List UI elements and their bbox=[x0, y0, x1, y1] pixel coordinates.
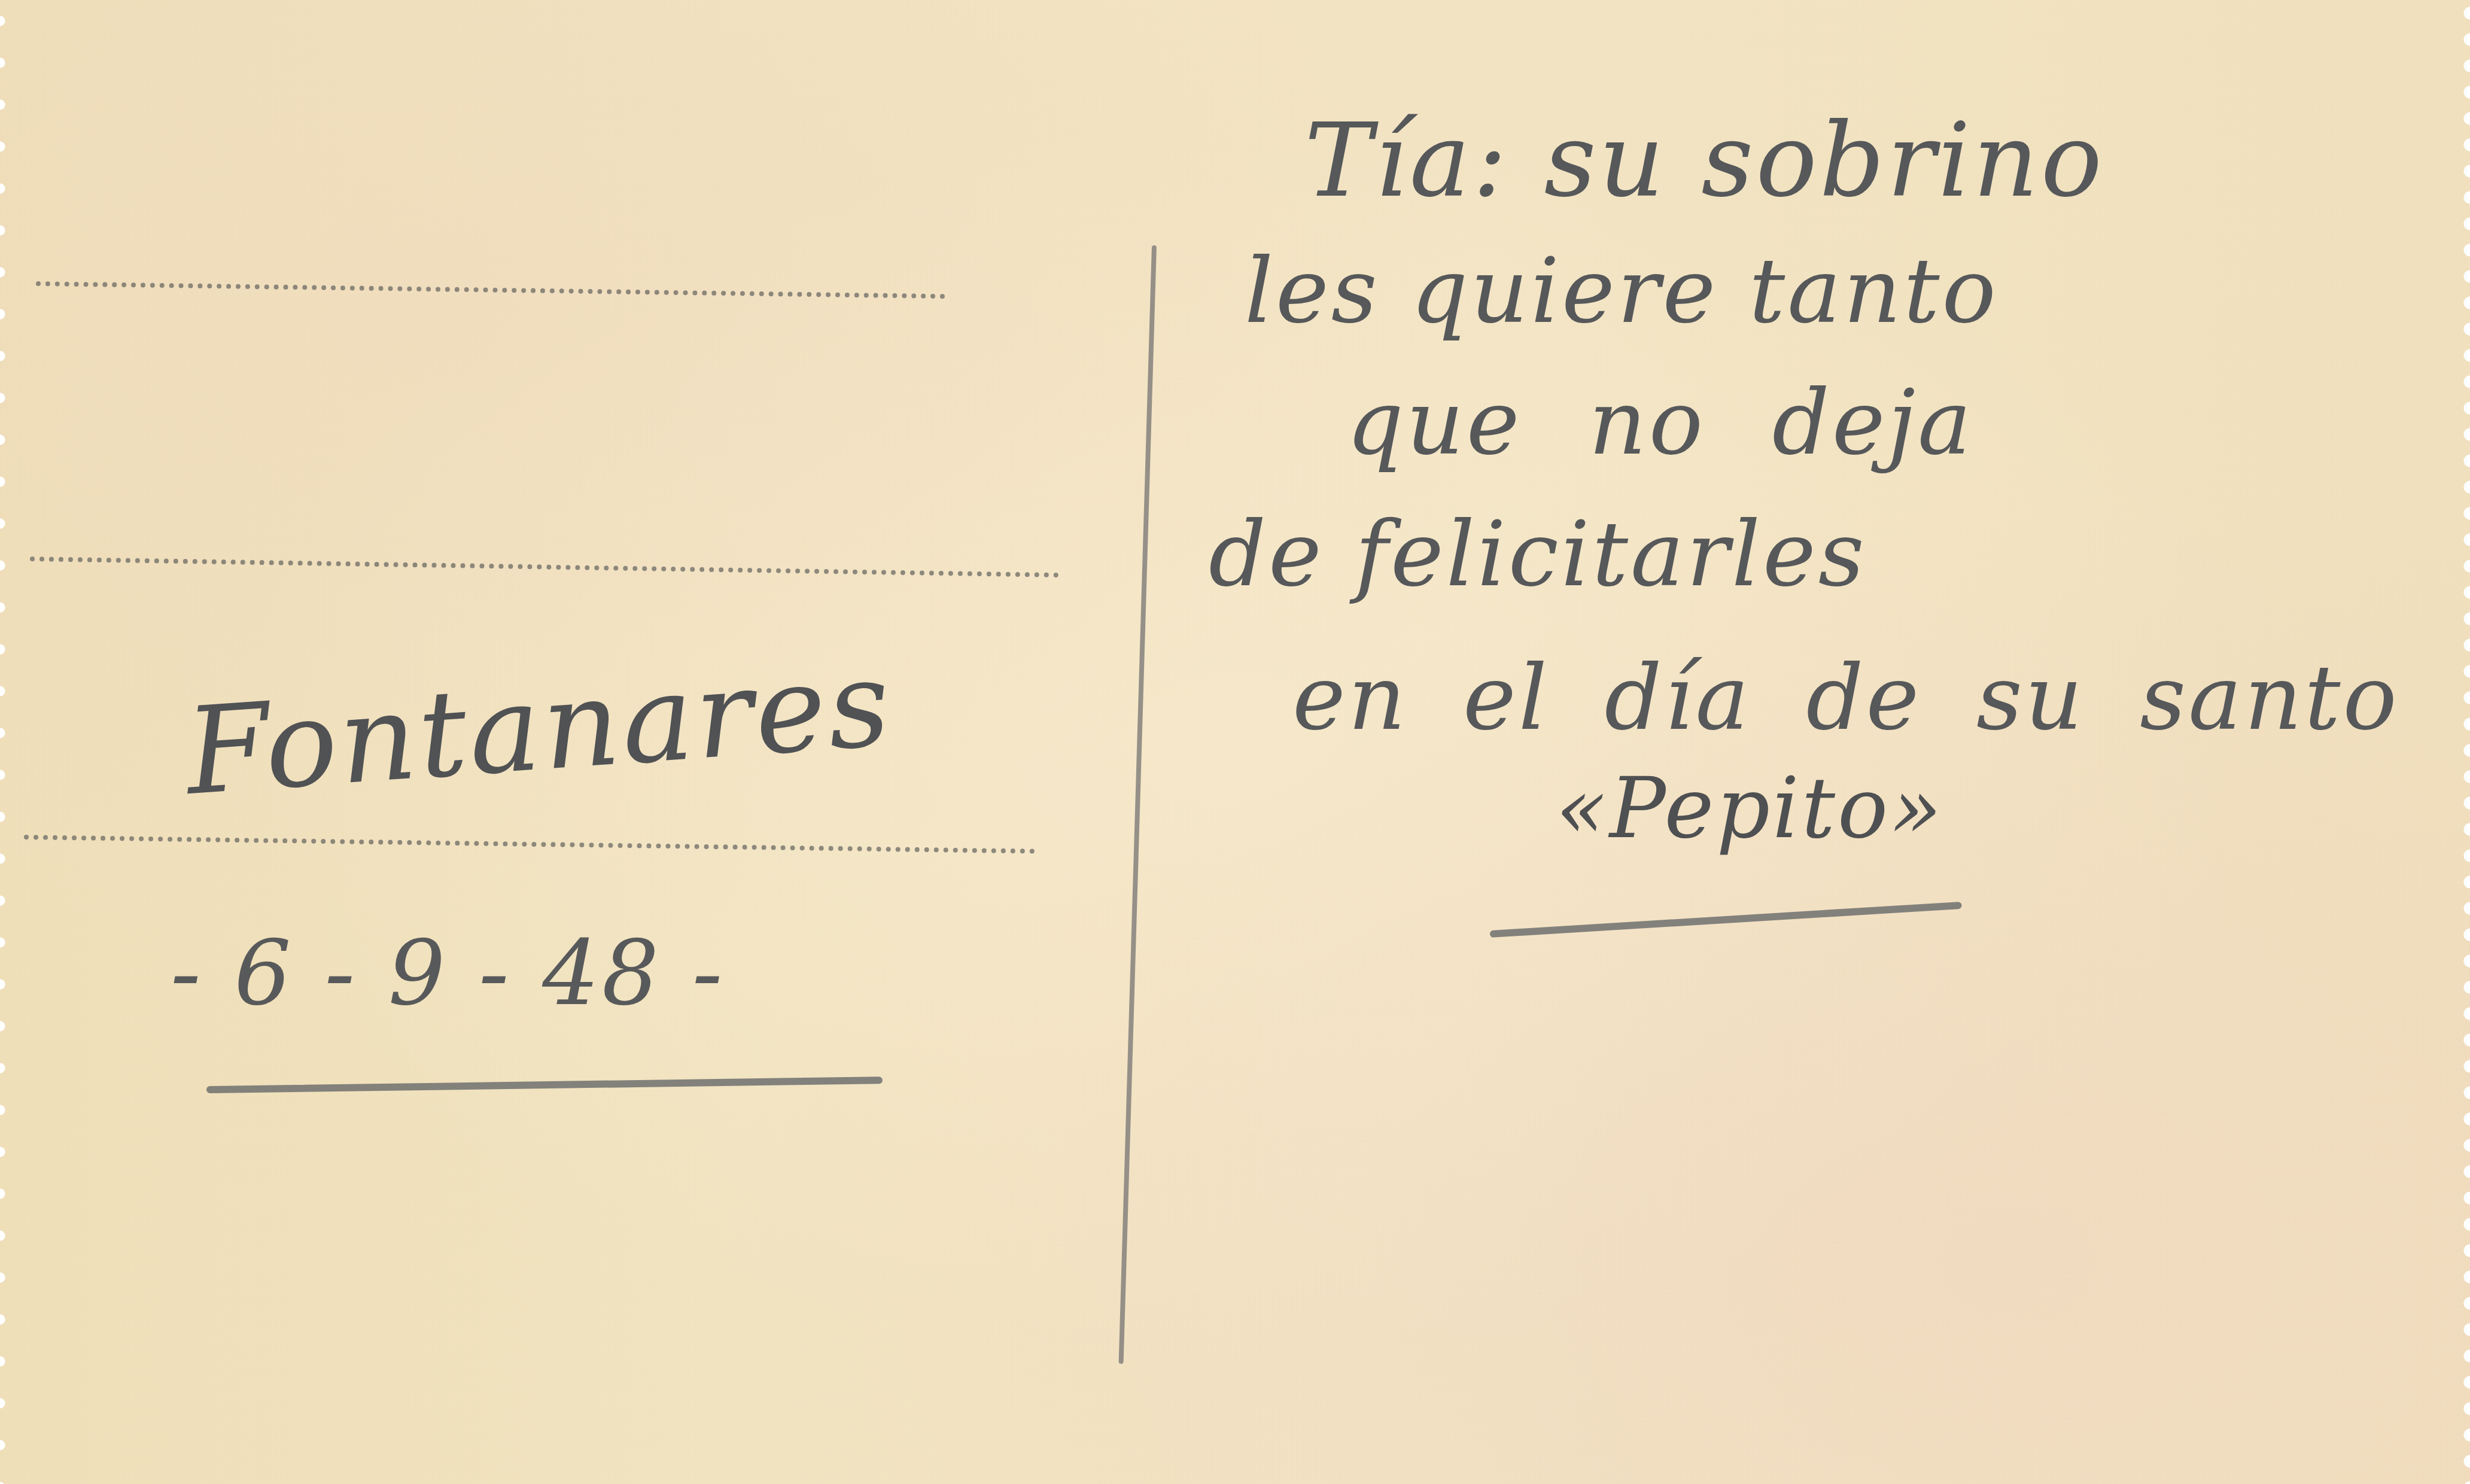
address-line-1 bbox=[36, 281, 945, 299]
scalloped-left-edge bbox=[0, 0, 8, 1484]
date: - 6 - 9 - 48 - bbox=[171, 922, 725, 1026]
date-underline bbox=[206, 1076, 883, 1093]
address-line-2 bbox=[30, 556, 1059, 577]
message-line-5: en el día de su santo bbox=[1292, 646, 2399, 750]
message-line-1: Tía: su sobrino bbox=[1304, 102, 2104, 220]
place-name: Fontanares bbox=[181, 634, 896, 822]
address-line-3 bbox=[24, 835, 1035, 854]
message-line-3: que no deja bbox=[1346, 371, 1973, 475]
scalloped-right-edge bbox=[2453, 0, 2470, 1484]
message-line-2: les quiere tanto bbox=[1245, 239, 1998, 343]
postcard-back: Fontanares - 6 - 9 - 48 - Tía: su sobrin… bbox=[0, 0, 2470, 1484]
signature-underline bbox=[1490, 902, 1962, 938]
signature: «Pepito» bbox=[1556, 760, 1944, 857]
message-line-4: de felicitarles bbox=[1209, 503, 1867, 607]
center-divider bbox=[1119, 245, 1157, 1364]
